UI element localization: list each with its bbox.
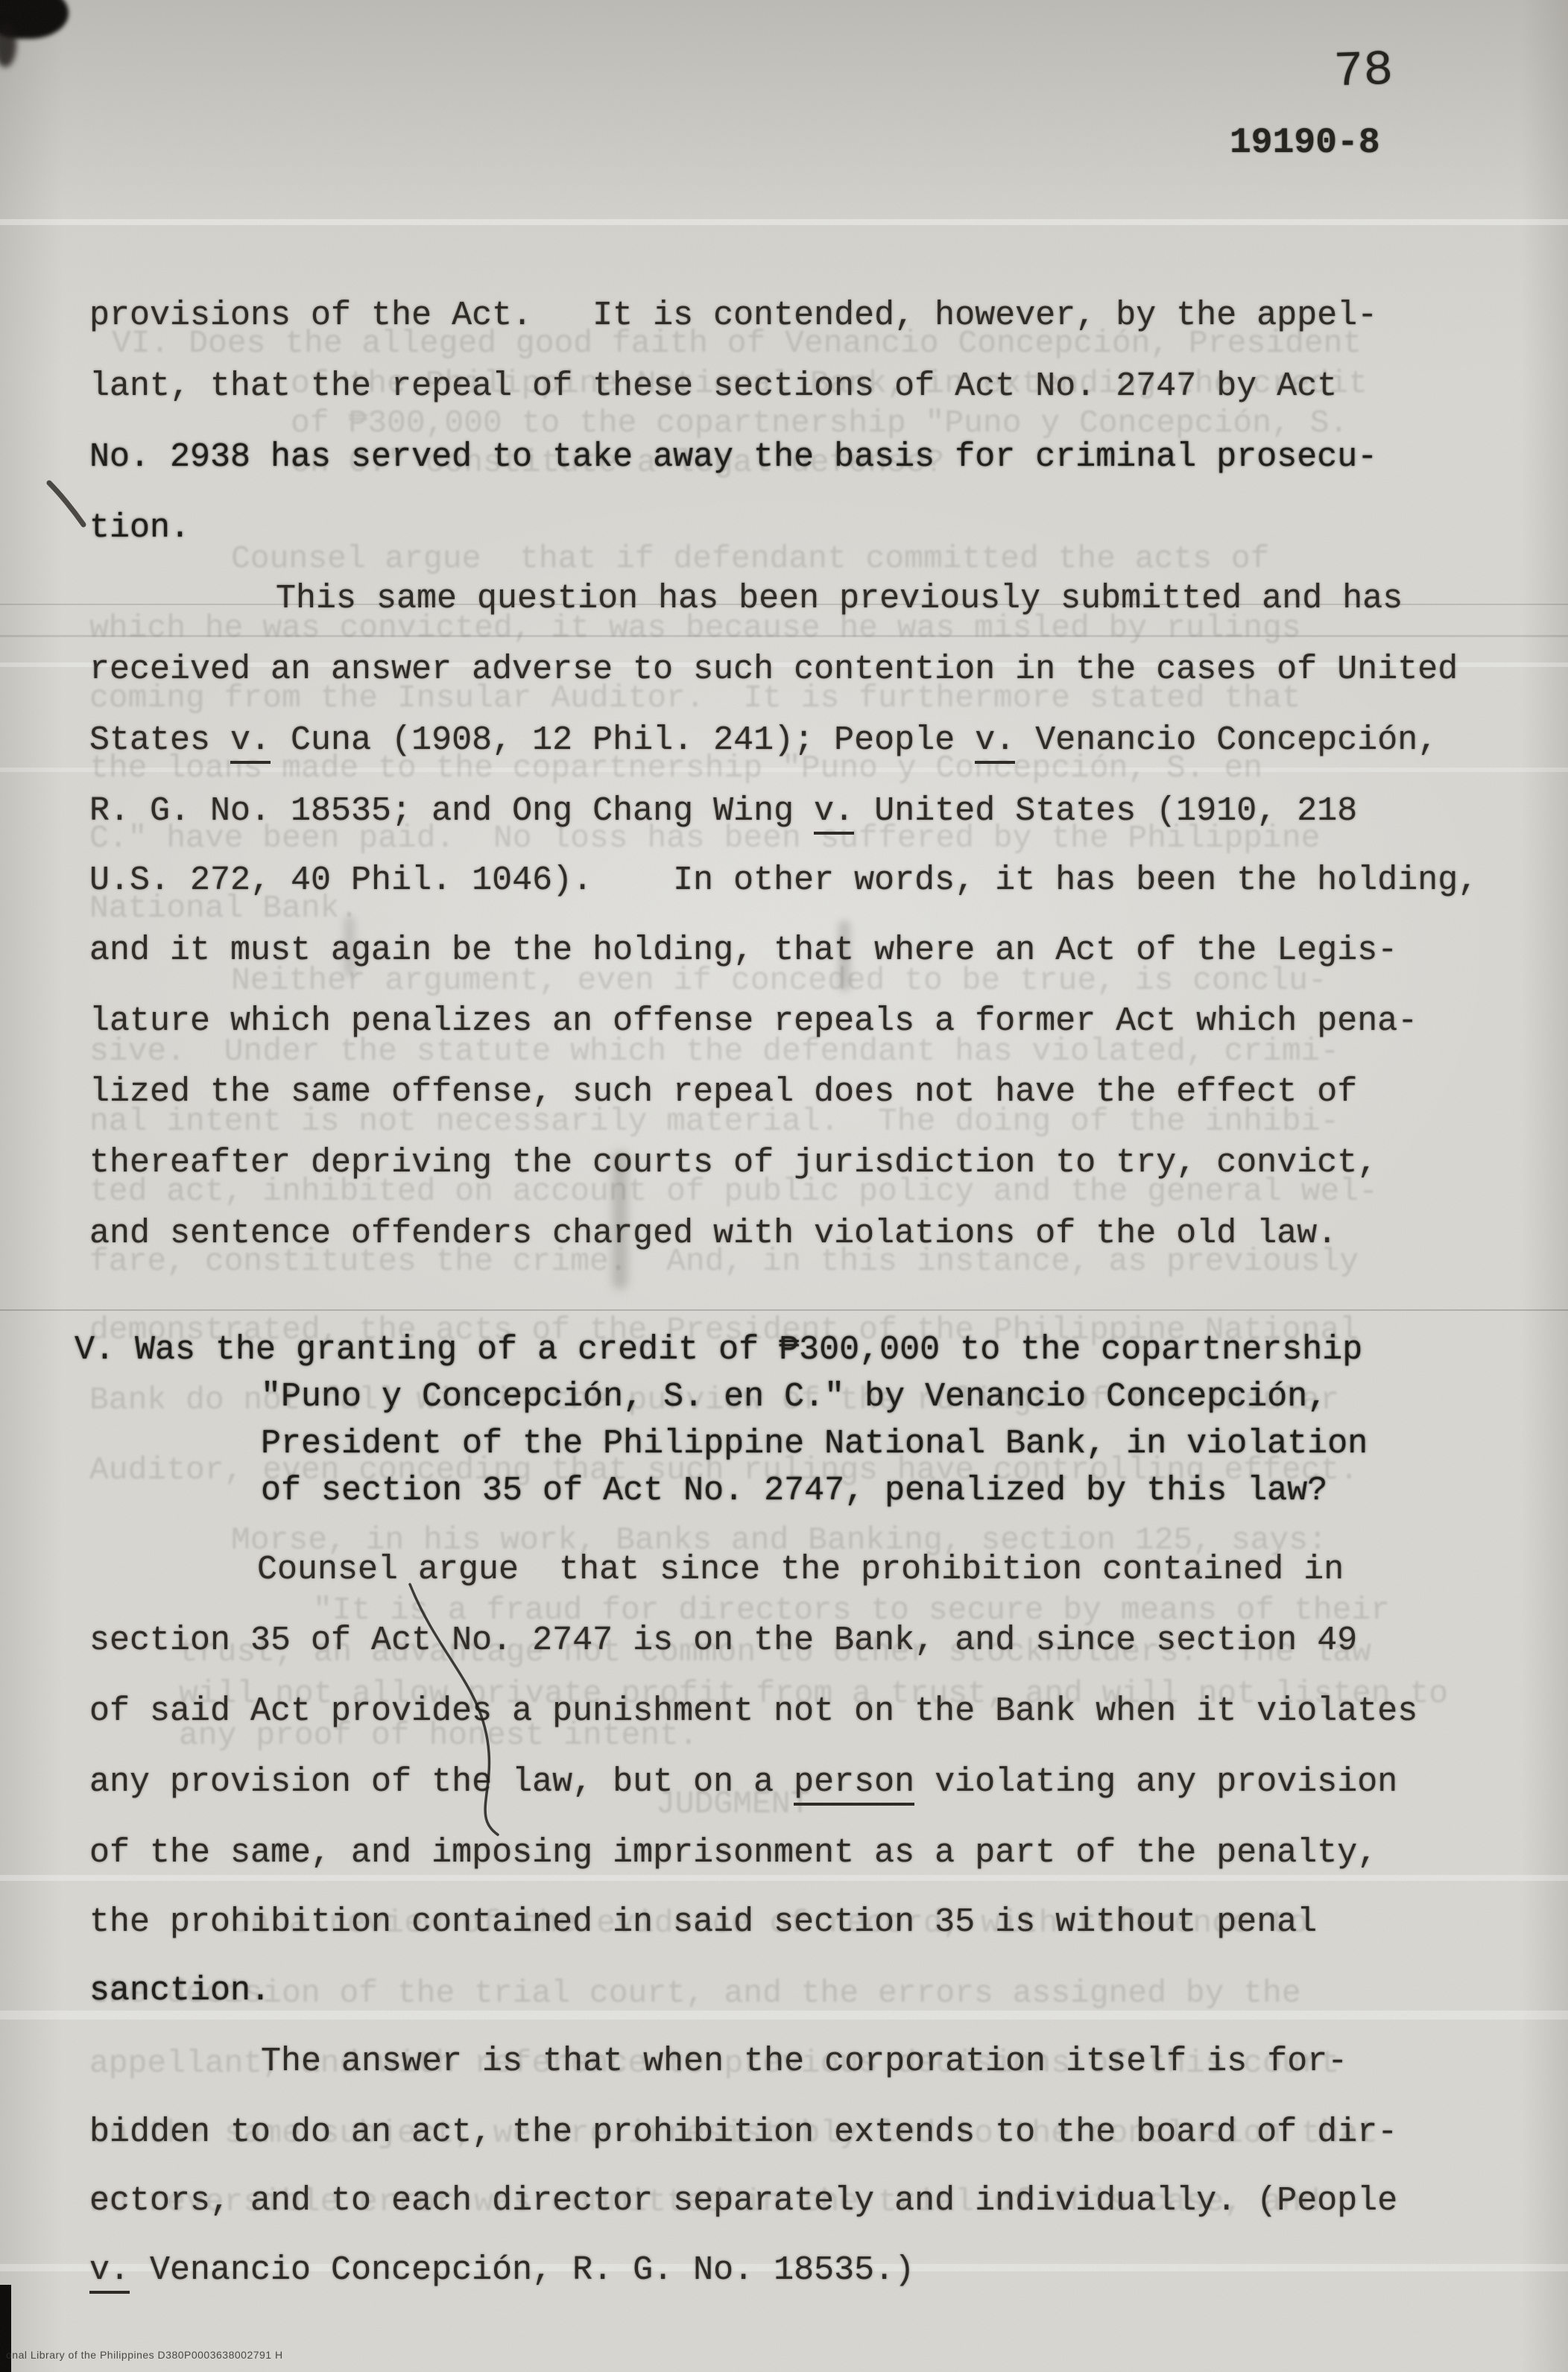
text-line: v. Venancio Concepción, R. G. No. 18535.…: [89, 2253, 914, 2288]
ghost-line: the decision of the trial court, and the…: [89, 1976, 1301, 2010]
text-line: and sentence offenders charged with viol…: [89, 1216, 1337, 1251]
text-line: thereafter depriving the courts of juris…: [89, 1145, 1377, 1180]
text-line: lature which penalizes an offense repeal…: [89, 1004, 1417, 1039]
text-line: the prohibition contained in said sectio…: [89, 1905, 1317, 1940]
scan-streak: [0, 2011, 1568, 2020]
page-number: 78: [1333, 42, 1394, 101]
text-line: V. Was the granting of a credit of ₱300,…: [75, 1332, 1362, 1367]
text-line: This same question has been previously s…: [276, 581, 1403, 616]
pen-stroke-check: [49, 483, 83, 525]
text-line: No. 2938 has served to take away the bas…: [89, 440, 1377, 475]
text-line: section 35 of Act No. 2747 is on the Ban…: [89, 1623, 1357, 1658]
text-line: of the same, and imposing imprisonment a…: [89, 1835, 1377, 1870]
scan-streak: [0, 1875, 1568, 1881]
corner-smudge: [0, 0, 69, 39]
text-line: received an answer adverse to such conte…: [89, 652, 1458, 687]
scan-streak: [0, 1309, 1568, 1311]
text-line: R. G. No. 18535; and Ong Chang Wing v. U…: [89, 794, 1357, 829]
text-line: provisions of the Act. It is contended, …: [89, 298, 1377, 333]
document-page: 78 19190-8 VI. Does the alleged good fai…: [0, 0, 1568, 2372]
underlined-word: v.: [975, 721, 1015, 764]
corner-smudge: [0, 22, 16, 67]
text-line: bidden to do an act, the prohibition ext…: [89, 2115, 1397, 2150]
library-watermark: onal Library of the Philippines D380P000…: [6, 2349, 283, 2361]
ghost-line: Counsel argue that if defendant committe…: [231, 542, 1269, 575]
text-line: lized the same offense, such repeal does…: [89, 1075, 1357, 1110]
ghost-line: of ₱300,000 to the copartnership "Puno y…: [291, 406, 1348, 440]
text-line: The answer is that when the corporation …: [261, 2044, 1347, 2079]
text-line: Counsel argue that since the prohibition…: [257, 1552, 1344, 1587]
underlined-word: v.: [89, 2251, 130, 2294]
text-line: U.S. 272, 40 Phil. 1046). In other words…: [89, 863, 1478, 898]
text-line: tion.: [89, 510, 190, 545]
text-line: President of the Philippine National Ban…: [261, 1426, 1368, 1461]
text-line: of section 35 of Act No. 2747, penalized…: [261, 1473, 1327, 1508]
underlined-word: v.: [230, 721, 271, 764]
underlined-word: person: [794, 1763, 914, 1806]
text-line: sanction.: [89, 1973, 271, 2008]
text-line: and it must again be the holding, that w…: [89, 933, 1397, 968]
scan-streak: [0, 219, 1568, 225]
text-line: "Puno y Concepción, S. en C." by Venanci…: [261, 1379, 1327, 1414]
text-line: of said Act provides a punishment not on…: [89, 1694, 1417, 1729]
text-line: States v. Cuna (1908, 12 Phil. 241); Peo…: [89, 723, 1438, 758]
text-line: lant, that the repeal of these sections …: [89, 369, 1337, 404]
text-line: ectors, and to each director separately …: [89, 2183, 1397, 2218]
case-number: 19190-8: [1230, 123, 1380, 163]
text-line: any provision of the law, but on a perso…: [89, 1765, 1397, 1800]
underlined-word: v.: [814, 792, 854, 835]
